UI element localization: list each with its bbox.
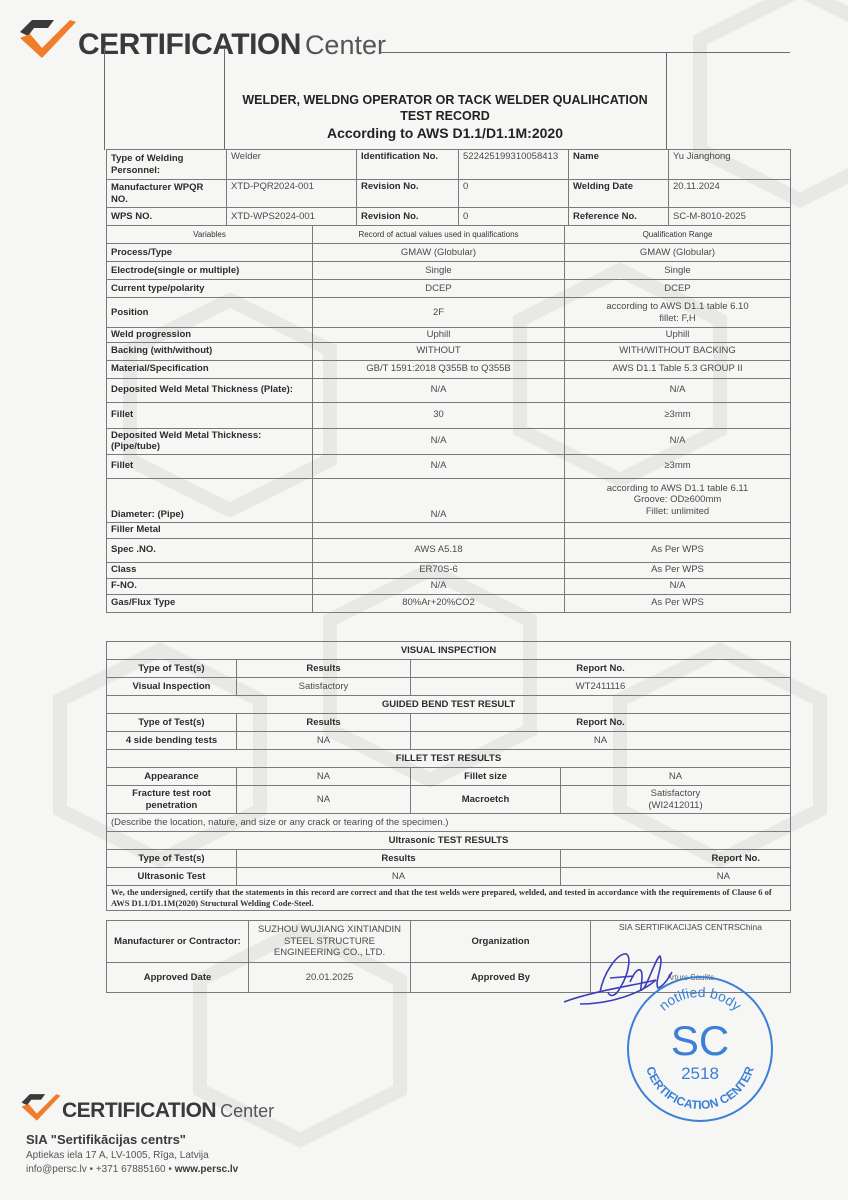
revision-label-1: Revision No. [357,180,459,208]
qualification-range-value: according to AWS D1.1 table 6.11 Groove:… [565,478,791,522]
wpqr-label: Manufacturer WPQR NO. [107,180,227,208]
variable-row: Position2Faccording to AWS D1.1 table 6.… [107,298,791,328]
footer-email[interactable]: info@persc.lv [26,1164,87,1175]
variable-label: Position [107,298,313,328]
actual-value: WITHOUT [313,342,565,360]
check-logo-icon [18,14,78,60]
variable-row: Fillet30≥3mm [107,402,791,428]
qualification-range-header: Qualification Range [565,226,791,244]
variable-label: Current type/polarity [107,280,313,298]
actual-value: N/A [313,478,565,522]
variable-label: Gas/Flux Type [107,594,313,612]
actual-value: Uphill [313,328,565,343]
brand-logo-header: CERTIFICATION Center [18,14,386,60]
macroetch-label: Macroetch [411,786,561,814]
ut-report-header: Report No. [561,850,791,868]
variable-row: Weld progressionUphillUphill [107,328,791,343]
variable-row: F-NO.N/AN/A [107,578,791,594]
fracture-label: Fracture test root penetration [107,786,237,814]
variable-row: Current type/polarityDCEPDCEP [107,280,791,298]
actual-value: N/A [313,578,565,594]
fillet-test-title: FILLET TEST RESULTS [107,750,791,768]
variables-table: Variables Record of actual values used i… [106,225,791,613]
variable-label: Weld progression [107,328,313,343]
qualification-range-value: N/A [565,428,791,454]
variable-row: Filler Metal [107,522,791,538]
variable-row: Spec .NO.AWS A5.18As Per WPS [107,538,791,562]
qualification-range-value: ≥3mm [565,454,791,478]
type-value: Welder [227,150,357,180]
bend-report-value: NA [411,732,791,750]
qualification-range-value: according to AWS D1.1 table 6.10 fillet:… [565,298,791,328]
actual-value: Single [313,262,565,280]
approved-date-label: Approved Date [107,963,249,993]
brand-name-bold: CERTIFICATION [78,30,301,60]
footer-company: SIA "Sertifikācijas centrs" [26,1132,186,1147]
actual-value: N/A [313,378,565,402]
variable-label: Diameter: (Pipe) [107,478,313,522]
macroetch-value: Satisfactory (WI2412011) [561,786,791,814]
footer-phone: +371 67885160 [96,1164,166,1175]
test-results-table: VISUAL INSPECTION Type of Test(s) Result… [106,641,791,911]
variable-row: FilletN/A≥3mm [107,454,791,478]
ut-results-header: Results [237,850,561,868]
footer-address: Aptiekas iela 17 A, LV-1005, Rīga, Latvi… [26,1150,209,1161]
svg-text:SC: SC [671,1017,729,1064]
bend-result-value: NA [237,732,411,750]
actual-value: N/A [313,454,565,478]
manufacturer-value: SUZHOU WUJIANG XINTIANDIN STEEL STRUCTUR… [249,921,411,963]
fracture-value: NA [237,786,411,814]
actual-value: DCEP [313,280,565,298]
variable-label: F-NO. [107,578,313,594]
qualification-range-value: N/A [565,578,791,594]
ut-result-value: NA [237,868,561,886]
qualification-range-value: As Per WPS [565,562,791,578]
welding-date-value: 20.11.2024 [669,180,791,208]
type-label: Type of Welding Personnel: [107,150,227,180]
vi-type-header: Type of Test(s) [107,660,237,678]
vi-type-value: Visual Inspection [107,678,237,696]
wps-label: WPS NO. [107,208,227,226]
variable-row: Process/TypeGMAW (Globular)GMAW (Globula… [107,244,791,262]
variable-label: Fillet [107,402,313,428]
reference-label: Reference No. [569,208,669,226]
variable-row: Material/SpecificationGB/T 1591:2018 Q35… [107,360,791,378]
qualification-range-value: As Per WPS [565,594,791,612]
id-value: 522425199310058413 [459,150,569,180]
actual-value [313,522,565,538]
separator: • [168,1164,172,1175]
vi-results-header: Results [237,660,411,678]
check-logo-icon [20,1090,62,1122]
variable-row: Deposited Weld Metal Thickness (Plate):N… [107,378,791,402]
variables-header: Variables [107,226,313,244]
ut-type-value: Ultrasonic Test [107,868,237,886]
wps-value: XTD-WPS2024-001 [227,208,357,226]
qualification-range-value: ≥3mm [565,402,791,428]
qualification-range-value: Uphill [565,328,791,343]
qualification-range-value: DCEP [565,280,791,298]
variable-label: Material/Specification [107,360,313,378]
qualification-range-value: WITH/WITHOUT BACKING [565,342,791,360]
separator: • [90,1164,94,1175]
variable-label: Class [107,562,313,578]
manufacturer-label: Manufacturer or Contractor: [107,921,249,963]
appearance-label: Appearance [107,768,237,786]
title-line-1: WELDER, WELDNG OPERATOR OR TACK WELDER Q… [225,92,665,108]
vi-report-header: Report No. [411,660,791,678]
actual-value: N/A [313,428,565,454]
variable-label: Spec .NO. [107,538,313,562]
qualification-range-value [565,522,791,538]
qualification-range-value: GMAW (Globular) [565,244,791,262]
stamp-top-text: notified body [656,984,745,1014]
bend-test-title: GUIDED BEND TEST RESULT [107,696,791,714]
brand-name-light: Center [305,30,386,60]
variable-row: Deposited Weld Metal Thickness: (Pipe/tu… [107,428,791,454]
variable-row: Electrode(single or multiple)SingleSingl… [107,262,791,280]
variable-label: Filler Metal [107,522,313,538]
variable-label: Fillet [107,454,313,478]
variable-row: ClassER70S-6As Per WPS [107,562,791,578]
title-line-2: TEST RECORD [225,108,665,124]
variable-row: Backing (with/without)WITHOUTWITH/WITHOU… [107,342,791,360]
variable-row: Gas/Flux Type80%Ar+20%CO2As Per WPS [107,594,791,612]
actual-value: GMAW (Globular) [313,244,565,262]
variable-label: Electrode(single or multiple) [107,262,313,280]
brand-logo-footer: CERTIFICATION Center [20,1090,274,1122]
wpqr-value: XTD-PQR2024-001 [227,180,357,208]
revision-label-2: Revision No. [357,208,459,226]
visual-inspection-title: VISUAL INSPECTION [107,642,791,660]
variable-label: Deposited Weld Metal Thickness: (Pipe/tu… [107,428,313,454]
variable-row: Diameter: (Pipe)N/Aaccording to AWS D1.1… [107,478,791,522]
ut-type-header: Type of Test(s) [107,850,237,868]
ut-report-value: NA [561,868,791,886]
qualification-range-value: Single [565,262,791,280]
appearance-value: NA [237,768,411,786]
revision-value-1: 0 [459,180,569,208]
reference-value: SC-M-8010-2025 [669,208,791,226]
footer-website[interactable]: www.persc.lv [175,1164,239,1175]
variable-label: Backing (with/without) [107,342,313,360]
variable-label: Deposited Weld Metal Thickness (Plate): [107,378,313,402]
specimen-note: (Describe the location, nature, and size… [107,814,791,832]
name-value: Yu Jianghong [669,150,791,180]
welding-date-label: Welding Date [569,180,669,208]
actual-values-header: Record of actual values used in qualific… [313,226,565,244]
actual-value: 30 [313,402,565,428]
footer-brand-bold: CERTIFICATION [62,1100,216,1122]
fillet-size-value: NA [561,768,791,786]
revision-value-2: 0 [459,208,569,226]
qualification-range-value: AWS D1.1 Table 5.3 GROUP II [565,360,791,378]
fillet-size-label: Fillet size [411,768,561,786]
actual-value: GB/T 1591:2018 Q355B to Q355B [313,360,565,378]
name-label: Name [569,150,669,180]
id-label: Identification No. [357,150,459,180]
bend-results-header: Results [237,714,411,732]
notified-body-stamp: notified body SC 2518 CERTIFICATION CENT… [624,973,776,1125]
svg-text:2518: 2518 [681,1064,719,1083]
variable-label: Process/Type [107,244,313,262]
ultrasonic-title: Ultrasonic TEST RESULTS [107,832,791,850]
personnel-info-table: Type of Welding Personnel: Welder Identi… [106,149,791,226]
certification-statement: We, the undersigned, certify that the st… [107,886,791,911]
footer-contact: info@persc.lv • +371 67885160 • www.pers… [26,1164,238,1175]
document-title: WELDER, WELDNG OPERATOR OR TACK WELDER Q… [225,92,665,142]
footer-brand-light: Center [220,1100,274,1122]
vi-report-value: WT2411116 [411,678,791,696]
actual-value: ER70S-6 [313,562,565,578]
qualification-range-value: As Per WPS [565,538,791,562]
bend-report-header: Report No. [411,714,791,732]
bend-type-value: 4 side bending tests [107,732,237,750]
title-line-3: According to AWS D1.1/D1.1M:2020 [225,124,665,142]
actual-value: 80%Ar+20%CO2 [313,594,565,612]
vi-result-value: Satisfactory [237,678,411,696]
approved-date-value: 20.01.2025 [249,963,411,993]
qualification-range-value: N/A [565,378,791,402]
actual-value: AWS A5.18 [313,538,565,562]
bend-type-header: Type of Test(s) [107,714,237,732]
actual-value: 2F [313,298,565,328]
